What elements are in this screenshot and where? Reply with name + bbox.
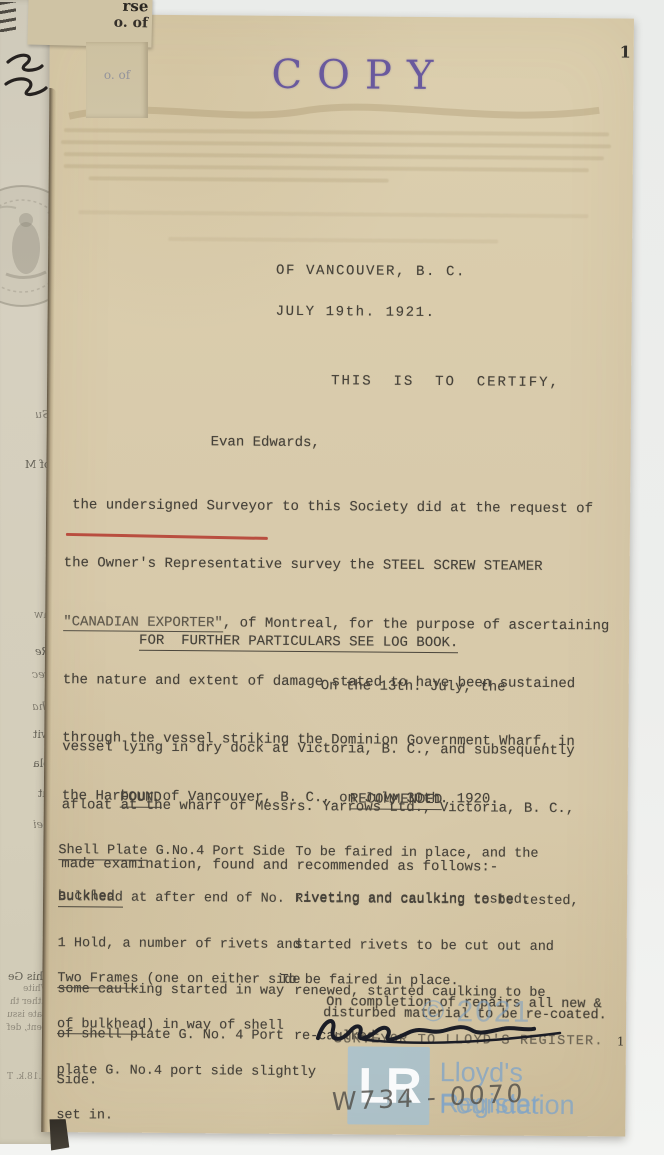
paragraph2-intro: On the 13th. July, the: [321, 678, 506, 695]
certify-heading: THIS IS TO CERTIFY,: [331, 373, 560, 391]
red-ink-underline: [66, 533, 268, 540]
bleedthrough-line: [61, 140, 611, 148]
document-page: COPY OF VANCOUVER, B. C. JULY 19th. 1921…: [41, 14, 634, 1137]
found-header: FOUND: [120, 790, 162, 806]
found-item-text: set in.: [56, 1108, 315, 1125]
found-item-3: Two Frames (one on either side of bulkhe…: [56, 941, 317, 1136]
salutation: Evan Edwards,: [211, 434, 320, 451]
page-number: 1: [620, 42, 631, 61]
print-fragment-marks: [0, 2, 16, 32]
bleedthrough-line: [64, 164, 589, 172]
recommended-header: RECOMMENDED: [350, 791, 443, 808]
found-item-lead: of bulkhead: [57, 1017, 146, 1035]
place-line: OF VANCOUVER, B. C.: [276, 263, 466, 280]
fragment-text: o. of: [28, 11, 148, 32]
recommended-item-text: To be faired in place, and the: [295, 845, 538, 862]
bleedthrough-line: [64, 152, 604, 160]
recommended-item-text: Riveting and caulking to be tested,: [295, 892, 579, 909]
date-line: JULY 19th. 1921.: [276, 304, 436, 321]
found-item-lead: Two Frames: [57, 971, 138, 989]
bleedthrough-line: [89, 176, 389, 182]
found-item-lead: Shell Plate: [58, 843, 147, 861]
handwritten-mark: [0, 44, 54, 110]
body-line: the undersigned Surveyor to this Society…: [64, 492, 610, 523]
torn-paper-strip: o. of: [86, 42, 148, 118]
bleedthrough-line: [78, 210, 588, 218]
fragment-text: o. of: [86, 68, 148, 82]
found-item-text: (one on either side: [138, 972, 300, 988]
copy-stamp: COPY: [271, 52, 448, 99]
body-line: vessel lying in dry dock at Victoria, B.…: [62, 734, 575, 764]
body-line-text: , of Montreal, for the purpose of ascert…: [223, 615, 610, 634]
found-item-text: ) in way of shell: [146, 1018, 284, 1034]
found-header-text: FOUND: [120, 790, 162, 808]
edge-mark: 1: [617, 1034, 625, 1048]
log-book-heading: FOR FURTHER PARTICULARS SEE LOG BOOK.: [139, 633, 458, 654]
torn-paper-fragment: rse o. of: [27, 0, 152, 48]
ship-name: "CANADIAN EXPORTER": [63, 614, 223, 632]
found-item-text: plate G. No.4 port side slightly: [57, 1063, 316, 1080]
found-item-text: at after end of No.: [123, 891, 285, 907]
found-item-text: G.No.4 Port Side: [147, 844, 285, 860]
body-line: the Owner's Representative survey the ST…: [64, 550, 610, 581]
bleedthrough-line: [168, 237, 498, 244]
surveyor-signature: [308, 1006, 570, 1056]
found-item-lead: Bulkhead: [58, 890, 123, 908]
recommended-item-text: To be faired in place.: [280, 973, 458, 990]
recommended-header-text: RECOMMENDED: [350, 791, 443, 810]
